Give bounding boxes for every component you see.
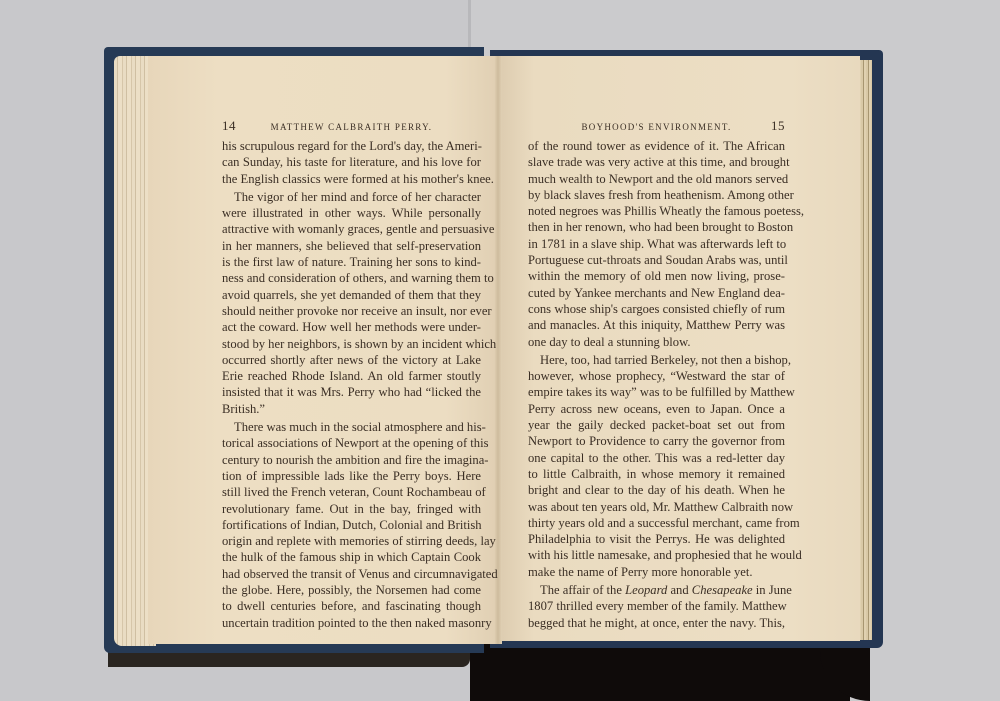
text-line: Perry across new oceans, even to Japan. …	[528, 401, 785, 417]
text-line: can Sunday, his taste for literature, an…	[222, 154, 481, 170]
book-shadow-right	[470, 640, 850, 701]
text-line: slave trade was very active at this time…	[528, 154, 785, 170]
text-line: make the name of Perry more honorable ye…	[528, 564, 785, 580]
text-line: revolutionary fame. Out in the bay, frin…	[222, 501, 481, 517]
running-head-title-left: MATTHEW CALBRAITH PERRY.	[271, 119, 433, 135]
text-line: the globe. Here, possibly, the Norsemen …	[222, 582, 481, 598]
text-line: The vigor of her mind and force of her c…	[222, 189, 481, 205]
text-line: Portuguese cut-throats and Soudan Arabs …	[528, 252, 785, 268]
text-line: The affair of the Leopard and Chesapeake…	[528, 582, 785, 598]
text-line: in her manners, she believed that self-p…	[222, 238, 481, 254]
text-line: still lived the French veteran, Count Ro…	[222, 484, 481, 500]
text-line: tion of impressible lads like the Perry …	[222, 468, 481, 484]
text-line: is the first law of nature. Training her…	[222, 254, 481, 270]
text-line: 1807 thrilled every member of the family…	[528, 598, 785, 614]
text-line: British.”	[222, 401, 481, 417]
text-line: was about ten years old, Mr. Matthew Cal…	[528, 499, 785, 515]
text-line: should neither provoke nor receive an in…	[222, 303, 481, 319]
text-line: empire takes its way” was to be fulfille…	[528, 384, 785, 400]
text-line: fortifications of Indian, Dutch, Colonia…	[222, 517, 481, 533]
text-line: year the gaily decked packet-boat set ou…	[528, 417, 785, 433]
text-line: the English classics were formed at his …	[222, 171, 481, 187]
text-line: had observed the transit of Venus and ci…	[222, 566, 481, 582]
right-page-text: BOYHOOD'S ENVIRONMENT. 15 of the round t…	[528, 118, 785, 631]
left-page-text: 14 MATTHEW CALBRAITH PERRY. his scrupulo…	[222, 118, 481, 631]
text-line: to little Calbraith, in whose memory it …	[528, 466, 785, 482]
page-number-right: 15	[771, 118, 785, 134]
text-line: his scrupulous regard for the Lord's day…	[222, 138, 481, 154]
running-head-title-right: BOYHOOD'S ENVIRONMENT.	[581, 119, 731, 135]
text-line: one capital to the other. This was a red…	[528, 450, 785, 466]
text-line: ness and consideration of others, and wa…	[222, 270, 481, 286]
text-line: occurred shortly after news of the victo…	[222, 352, 481, 368]
text-line: were illustrated in other ways. While pe…	[222, 205, 481, 221]
text-line: bright and clear to the day of his death…	[528, 482, 785, 498]
text-line: torical associations of Newport at the o…	[222, 435, 481, 451]
text-line: attractive with womanly graces, gentle a…	[222, 221, 481, 237]
text-line: by black slaves fresh from heathenism. A…	[528, 187, 785, 203]
text-line: within the memory of old men now living,…	[528, 268, 785, 284]
text-line: in 1781 in a slave ship. What was afterw…	[528, 236, 785, 252]
body-text-left: his scrupulous regard for the Lord's day…	[222, 138, 481, 631]
text-line: of the round tower as evidence of it. Th…	[528, 138, 785, 154]
text-line: Erie reached Rhode Island. An old farmer…	[222, 368, 481, 384]
running-head-left: 14 MATTHEW CALBRAITH PERRY.	[222, 118, 481, 138]
text-line: act the coward. How well her methods wer…	[222, 319, 481, 335]
text-line: cons whose ship's cargoes consisted chie…	[528, 301, 785, 317]
text-line: stood by her neighbors, is shown by an i…	[222, 336, 481, 352]
text-line: much wealth to Newport and the old manor…	[528, 171, 785, 187]
page-number-left: 14	[222, 118, 236, 134]
text-line: one day to deal a stunning blow.	[528, 334, 785, 350]
italic-ship-name: Chesapeake	[692, 583, 753, 597]
text-line: Newport to Providence to carry the gover…	[528, 433, 785, 449]
background-seam	[468, 0, 471, 50]
text-line: the hulk of the famous ship in which Cap…	[222, 549, 481, 565]
italic-ship-name: Leopard	[625, 583, 667, 597]
text-line: to dwell centuries before, and fascinati…	[222, 598, 481, 614]
text-line: with his little namesake, and prophesied…	[528, 547, 785, 563]
text-line: avoid quarrels, she yet demanded of them…	[222, 287, 481, 303]
text-line: uncertain tradition pointed to the then …	[222, 615, 481, 631]
text-line: begged that he might, at once, enter the…	[528, 615, 785, 631]
body-text-right: of the round tower as evidence of it. Th…	[528, 138, 785, 631]
text-line: then in her renown, who had been brought…	[528, 219, 785, 235]
text-line: insisted that it was Mrs. Perry who had …	[222, 384, 481, 400]
running-head-right: BOYHOOD'S ENVIRONMENT. 15	[528, 118, 785, 138]
text-line: noted negroes was Phillis Wheatly the fa…	[528, 203, 785, 219]
text-line: however, whose prophecy, “Westward the s…	[528, 368, 785, 384]
text-line: cuted by Yankee merchants and New Englan…	[528, 285, 785, 301]
text-line: Here, too, had tarried Berkeley, not the…	[528, 352, 785, 368]
text-line: century to nourish the ambition and fire…	[222, 452, 481, 468]
text-line: thirty years old and a successful mercha…	[528, 515, 785, 531]
text-line: origin and replete with memories of stir…	[222, 533, 481, 549]
text-line: There was much in the social atmosphere …	[222, 419, 481, 435]
text-line: and manacles. At this iniquity, Matthew …	[528, 317, 785, 333]
text-line: Philadelphia to visit the Perrys. He was…	[528, 531, 785, 547]
